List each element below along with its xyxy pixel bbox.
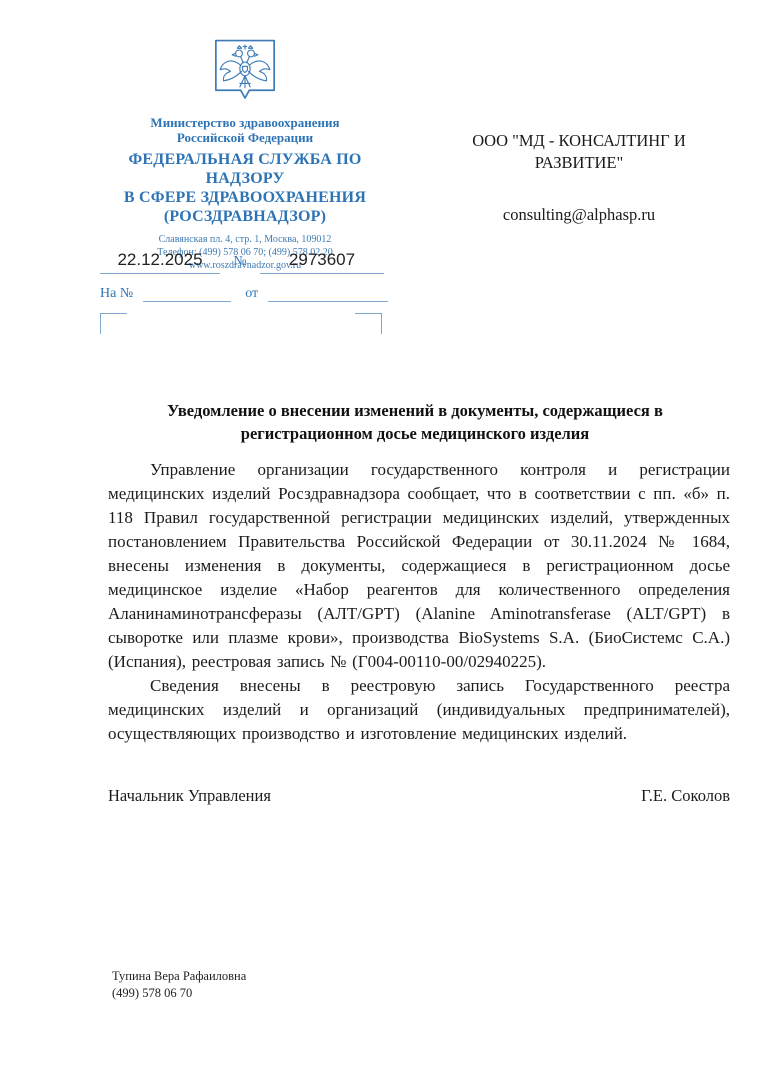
letter-number-value: 2973607 [260, 250, 384, 274]
signer-position: Начальник Управления [108, 786, 271, 806]
executor-block: Тупина Вера Рафаиловна (499) 578 06 70 [112, 968, 246, 1002]
letterhead: Министерство здравоохранения Российской … [98, 38, 392, 272]
service-name-line-1: ФЕДЕРАЛЬНАЯ СЛУЖБА ПО НАДЗОРУ [98, 150, 392, 188]
letter-date-value: 22.12.2025 [100, 250, 220, 274]
letter-title: Уведомление о внесении изменений в докум… [108, 399, 722, 445]
address-zone-marks [100, 313, 382, 334]
service-name-line-2: В СФЕРЕ ЗДРАВООХРАНЕНИЯ [98, 188, 392, 207]
body-paragraph: Сведения внесены в реестровую запись Гос… [108, 674, 730, 746]
outgoing-row: 22.12.2025 № 2973607 [100, 250, 388, 274]
service-name-line-3: (РОСЗДРАВНАДЗОР) [98, 207, 392, 226]
reply-number-blank [143, 286, 231, 302]
reply-date-blank [268, 286, 388, 302]
reply-to-row: На № от [100, 286, 388, 302]
executor-phone: (499) 578 06 70 [112, 985, 246, 1002]
executor-name: Тупина Вера Рафаиловна [112, 968, 246, 985]
ministry-line-2: Российской Федерации [98, 130, 392, 145]
signer-name: Г.Е. Соколов [641, 786, 730, 806]
reply-from-label: от [245, 286, 258, 302]
signature-row: Начальник Управления Г.Е. Соколов [108, 786, 730, 806]
recipient-email: consulting@alphasp.ru [426, 205, 732, 225]
ministry-line-1: Министерство здравоохранения [98, 115, 392, 130]
recipient-block: ООО "МД - КОНСАЛТИНГ И РАЗВИТИЕ" consult… [426, 130, 732, 225]
corner-bracket-left-icon [100, 313, 127, 334]
body-paragraph: Управление организации государственного … [108, 458, 730, 674]
reference-block: 22.12.2025 № 2973607 На № от [100, 250, 388, 334]
letter-body: Управление организации государственного … [108, 458, 730, 746]
recipient-name: ООО "МД - КОНСАЛТИНГ И РАЗВИТИЕ" [426, 130, 732, 174]
reply-to-label: На № [100, 286, 133, 302]
letter-page: Министерство здравоохранения Российской … [0, 0, 768, 1086]
double-headed-eagle-icon [208, 38, 282, 110]
letterhead-address: Славянская пл. 4, стр. 1, Москва, 109012 [98, 234, 392, 246]
corner-bracket-right-icon [355, 313, 382, 334]
number-sign: № [220, 254, 260, 274]
